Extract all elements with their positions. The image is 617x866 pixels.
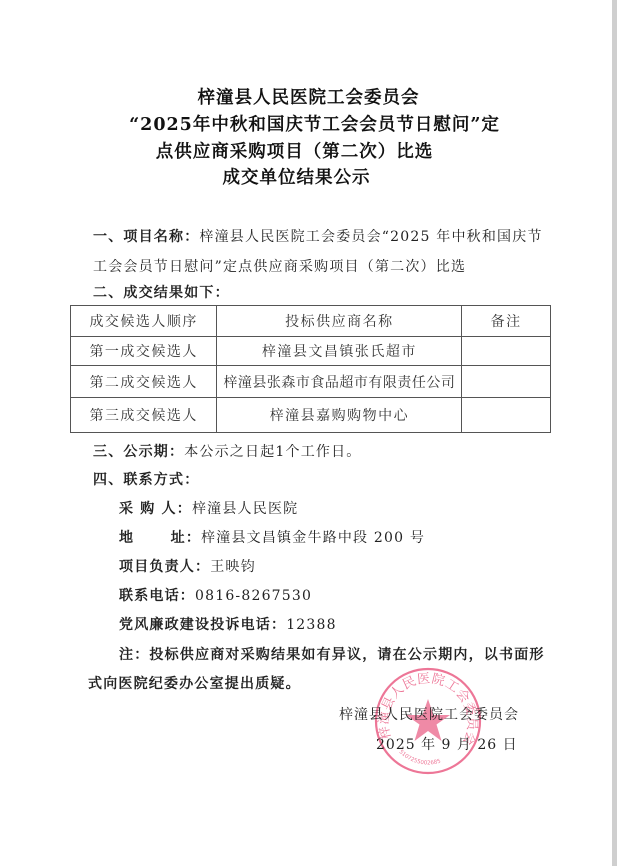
- table-row: 第三成交候选人 梓潼县嘉购购物中心: [71, 398, 551, 433]
- note-text: 投标供应商对采购结果如有异议，请在公示期内，以书面形: [149, 647, 544, 663]
- title-line-2: “2025年中秋和国庆节工会会员节日慰问”定: [6, 111, 617, 136]
- signature-org: 梓潼县人民医院工会委员会: [339, 704, 519, 724]
- contact-label: 地 址：: [119, 530, 201, 546]
- contact-label: 联系电话：: [119, 588, 195, 604]
- contact-project-lead: 项目负责人：王映钧: [119, 556, 256, 576]
- table-row: 第一成交候选人 梓潼县文昌镇张氏超市: [71, 337, 551, 366]
- table-cell: [462, 398, 551, 433]
- publicity-text: 本公示之日起1个工作日。: [184, 444, 361, 460]
- contact-value: 12388: [286, 617, 337, 633]
- contact-label: 采 购 人：: [119, 501, 192, 517]
- title-line-3: 点供应商采购项目（第二次）比选: [0, 138, 603, 163]
- contact-value: 王映钧: [210, 559, 256, 575]
- section-publicity-period: 三、公示期：本公示之日起1个工作日。: [93, 441, 362, 461]
- section-results-label: 二、成交结果如下：: [93, 282, 230, 302]
- contact-label: 项目负责人：: [119, 559, 210, 575]
- table-cell: 第一成交候选人: [71, 337, 217, 366]
- title-line-4: 成交单位结果公示: [0, 164, 605, 189]
- table-cell: 第二成交候选人: [71, 366, 217, 398]
- contact-label: 党风廉政建设投诉电话：: [119, 617, 286, 633]
- contact-purchaser: 采 购 人：梓潼县人民医院: [119, 498, 298, 518]
- table-cell: 梓潼县张森市食品超市有限责任公司: [217, 366, 462, 398]
- project-name-text-cont: 工会会员节日慰问”定点供应商采购项目（第二次）比选: [93, 256, 466, 276]
- contact-complaint-phone: 党风廉政建设投诉电话：12388: [119, 614, 337, 634]
- table-cell: [462, 366, 551, 398]
- note-text-cont: 式向医院纪委办公室提出质疑。: [88, 673, 301, 693]
- section-label: 三、公示期：: [93, 444, 184, 460]
- title-line-1: 梓潼县人民医院工会委员会: [0, 84, 617, 109]
- project-name-text: 梓潼县人民医院工会委员会“2025 年中秋和国庆节: [199, 229, 542, 245]
- contact-address: 地 址：梓潼县文昌镇金牛路中段 200 号: [119, 527, 425, 547]
- table-cell: 梓潼县文昌镇张氏超市: [217, 337, 462, 366]
- table-header: 备注: [462, 306, 551, 337]
- table-row: 第二成交候选人 梓潼县张森市食品超市有限责任公司: [71, 366, 551, 398]
- contact-value: 梓潼县文昌镇金牛路中段 200 号: [201, 530, 425, 546]
- table-cell: 梓潼县嘉购购物中心: [217, 398, 462, 433]
- table-header-row: 成交候选人顺序 投标供应商名称 备注: [71, 306, 551, 337]
- table-cell: [462, 337, 551, 366]
- section-label: 一、项目名称：: [93, 229, 199, 245]
- contact-value: 0816-8267530: [195, 588, 312, 604]
- contact-phone: 联系电话：0816-8267530: [119, 585, 312, 605]
- contact-value: 梓潼县人民医院: [192, 501, 298, 517]
- note: 注：投标供应商对采购结果如有异议，请在公示期内，以书面形: [119, 644, 545, 664]
- table-header: 投标供应商名称: [217, 306, 462, 337]
- section-project-name: 一、项目名称：梓潼县人民医院工会委员会“2025 年中秋和国庆节: [93, 226, 543, 246]
- section-contact-label: 四、联系方式：: [93, 469, 199, 489]
- note-label: 注：: [119, 647, 149, 663]
- results-table: 成交候选人顺序 投标供应商名称 备注 第一成交候选人 梓潼县文昌镇张氏超市 第二…: [70, 305, 551, 433]
- table-header: 成交候选人顺序: [71, 306, 217, 337]
- signature-date: 2025 年 9 月 26 日: [376, 734, 518, 754]
- table-cell: 第三成交候选人: [71, 398, 217, 433]
